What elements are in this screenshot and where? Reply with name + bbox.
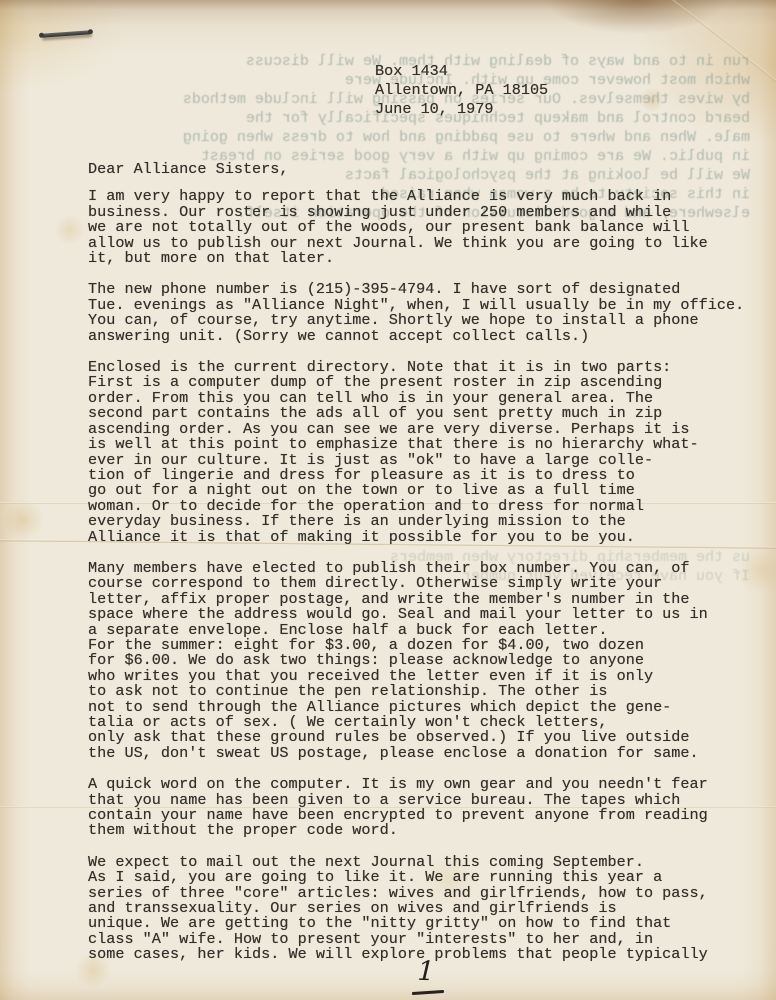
paragraph-1: I am very happy to report that the Allia… <box>88 189 760 266</box>
letter-body: Dear Alliance Sisters, I am very happy t… <box>88 162 760 979</box>
paragraph-6: We expect to mail out the next Journal t… <box>88 855 760 963</box>
salutation: Dear Alliance Sisters, <box>88 162 760 177</box>
scanned-letter-page: { "document": { "kind": "typewritten let… <box>0 0 776 1000</box>
handwritten-page-number: 1 <box>404 957 449 987</box>
paragraph-4: Many members have elected to publish the… <box>88 561 760 761</box>
sender-address-block: Box 1434 Allentown, PA 18105 June 10, 19… <box>375 62 548 119</box>
paragraph-2: The new phone number is (215)-395-4794. … <box>88 282 760 344</box>
paragraph-3: Enclosed is the current directory. Note … <box>88 360 760 545</box>
paragraph-5: A quick word on the computer. It is my o… <box>88 777 760 839</box>
